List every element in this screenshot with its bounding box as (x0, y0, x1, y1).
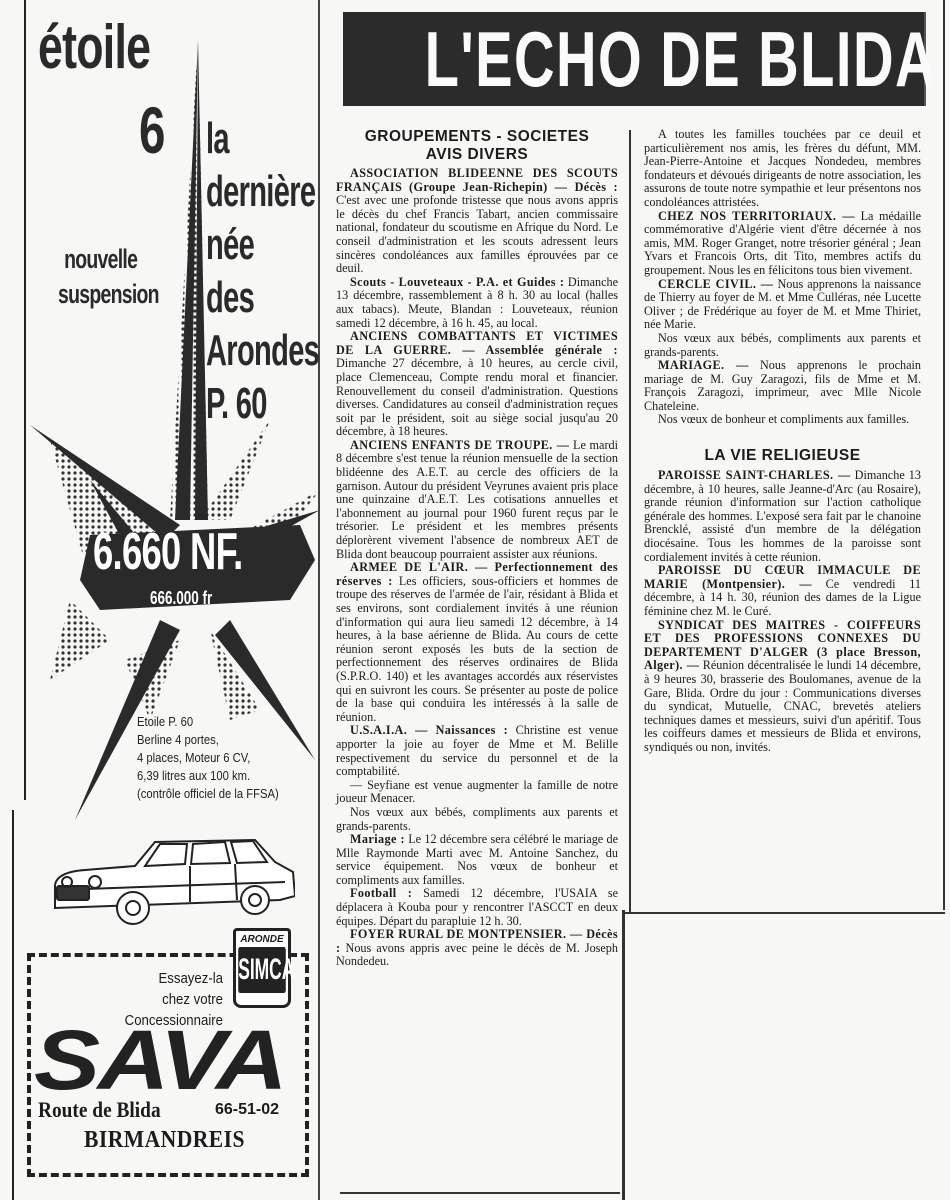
notice-body: Réunion décentralisée le lundi 14 décemb… (644, 658, 921, 754)
notice-item: Scouts - Louveteaux - P.A. et Guides : D… (336, 276, 618, 330)
ad-border-left-lower (12, 810, 14, 1200)
tagline-line: des (206, 271, 319, 324)
notice-head: Football : (350, 886, 412, 900)
notice-head: ANCIENS ENFANTS DE TROUPE. — (350, 438, 569, 452)
car-illustration-icon (45, 830, 295, 930)
ad-price-old-francs: 666.000 fr (150, 588, 212, 609)
ad-specifications: Etoile P. 60 Berline 4 portes, 4 places,… (137, 713, 279, 803)
spec-line: 6,39 litres aux 100 km. (137, 767, 279, 785)
badge-aronde: ARONDE (236, 934, 288, 945)
notice-body: A toutes les familles touchées par ce de… (644, 127, 921, 209)
notice-head: PAROISSE SAINT-CHARLES. — (658, 468, 851, 482)
column-rule-right (943, 0, 945, 910)
ad-price: 6.660 NF. (93, 522, 243, 582)
try-line: Essayez-la (95, 968, 223, 989)
dealer-name: SAVA (34, 1018, 285, 1102)
notice-head: ANCIENS COMBATTANTS ET VICTIMES DE LA GU… (336, 329, 618, 357)
tagline-line: dernière (206, 165, 319, 218)
notice-item: SYNDICAT DES MAITRES - COIFFEURS ET DES … (644, 619, 921, 755)
column-rule-lower (622, 910, 625, 1200)
notice-item: Nos vœux de bonheur et compliments aux f… (644, 413, 921, 427)
section-title-religion: LA VIE RELIGIEUSE (644, 447, 921, 465)
dealer-town: BIRMANDREIS (84, 1127, 245, 1154)
spec-line: 4 places, Moteur 6 CV, (137, 749, 279, 767)
empty-box-top-rule (625, 912, 945, 914)
simca-logo-badge: ARONDE SIMCA (233, 928, 291, 1008)
notice-head: U.S.A.I.A. — Naissances : (350, 723, 508, 737)
ad-tagline: la dernière née des Arondes P. 60 (206, 112, 319, 430)
notice-body: Nos vœux aux bébés, compliments aux pare… (644, 331, 921, 359)
dealer-address: Route de Blida (38, 1097, 161, 1123)
tagline-line: P. 60 (206, 377, 319, 430)
spec-line: Etoile P. 60 (137, 713, 279, 731)
ad-feature: nouvelle suspension (58, 242, 137, 312)
notice-item: U.S.A.I.A. — Naissances : Christine est … (336, 724, 618, 778)
feature-line: suspension (58, 277, 137, 312)
notice-item: Football : Samedi 12 décembre, l'USAIA s… (336, 887, 618, 928)
simca-advertisement: étoile 6 la dernière née des Arondes P. … (0, 0, 322, 1200)
notice-item: — Seyfiane est venue augmenter la famill… (336, 779, 618, 806)
notice-body: Nos vœux de bonheur et compliments aux f… (658, 412, 909, 426)
notice-head: CERCLE CIVIL. — (658, 277, 773, 291)
notice-body: Dimanche 27 décembre, à 10 heures, au ce… (336, 356, 618, 438)
dealer-phone: 66-51-02 (215, 1101, 279, 1119)
notice-item: CHEZ NOS TERRITORIAUX. — La médaille com… (644, 210, 921, 278)
badge-simca: SIMCA (238, 947, 286, 993)
ad-model-number: 6 (139, 92, 165, 168)
notice-subhead: (Groupe Jean-Richepin) — Décès : (409, 180, 618, 194)
section-title-line: GROUPEMENTS - SOCIETES (336, 128, 618, 146)
ad-border-left (24, 0, 26, 800)
notice-body: Dimanche 13 décembre, à 10 heures, salle… (644, 468, 921, 564)
notice-item: CERCLE CIVIL. — Nous apprenons la naissa… (644, 278, 921, 332)
tagline-line: Arondes (206, 324, 319, 377)
notice-head: MARIAGE. — (658, 358, 749, 372)
feature-line: nouvelle (58, 242, 137, 277)
masthead: L'ECHO DE BLIDA (343, 12, 926, 106)
notice-item: Nos vœux aux bébés, compliments aux pare… (336, 806, 618, 833)
spec-line: Berline 4 portes, (137, 731, 279, 749)
notice-item: ASSOCIATION BLIDEENNE DES SCOUTS FRANÇAI… (336, 167, 618, 276)
notice-body: C'est avec une profonde tristesse que no… (336, 193, 618, 275)
notice-item: MARIAGE. — Nous apprenons le prochain ma… (644, 359, 921, 413)
notice-item: ANCIENS COMBATTANTS ET VICTIMES DE LA GU… (336, 330, 618, 439)
section-title: GROUPEMENTS - SOCIETES AVIS DIVERS (336, 128, 618, 164)
notice-head: Scouts - Louveteaux - P.A. et Guides : (350, 275, 564, 289)
tagline-line: la (206, 112, 319, 165)
notice-item: A toutes les familles touchées par ce de… (644, 128, 921, 210)
notice-item: PAROISSE DU CŒUR IMMACULE DE MARIE (Mont… (644, 564, 921, 618)
notice-body: — Seyfiane est venue augmenter la famill… (336, 778, 618, 806)
spec-line: (contrôle officiel de la FFSA) (137, 785, 279, 803)
notice-item: ARMEE DE L'AIR. — Perfectionnement des r… (336, 561, 618, 724)
notice-body: Les officiers, sous-officiers et hommes … (336, 574, 618, 724)
notice-item: PAROISSE SAINT-CHARLES. — Dimanche 13 dé… (644, 469, 921, 564)
notice-body: Nous avons appris avec peine le décès de… (336, 941, 618, 969)
column-continued: A toutes les familles touchées par ce de… (644, 128, 921, 755)
notice-item: Nos vœux aux bébés, compliments aux pare… (644, 332, 921, 359)
column-rule-middle (629, 130, 631, 913)
notice-item: Mariage : Le 12 décembre sera célébré le… (336, 833, 618, 887)
page-title: L'ECHO DE BLIDA (425, 12, 845, 106)
section-title-line: AVIS DIVERS (336, 146, 618, 164)
column-groupements: GROUPEMENTS - SOCIETES AVIS DIVERS ASSOC… (336, 128, 618, 969)
notice-item: ANCIENS ENFANTS DE TROUPE. — Le mardi 8 … (336, 439, 618, 561)
notice-head: Mariage : (350, 832, 405, 846)
notice-item: FOYER RURAL DE MONTPENSIER. — Décès : No… (336, 928, 618, 969)
notice-body: Nos vœux aux bébés, compliments aux pare… (336, 805, 618, 833)
tagline-line: née (206, 218, 319, 271)
column-bottom-rule (340, 1192, 620, 1194)
notice-head: CHEZ NOS TERRITORIAUX. — (658, 209, 855, 223)
notice-body: Le mardi 8 décembre s'est tenue la réuni… (336, 438, 618, 561)
ad-headline: étoile (38, 12, 150, 83)
